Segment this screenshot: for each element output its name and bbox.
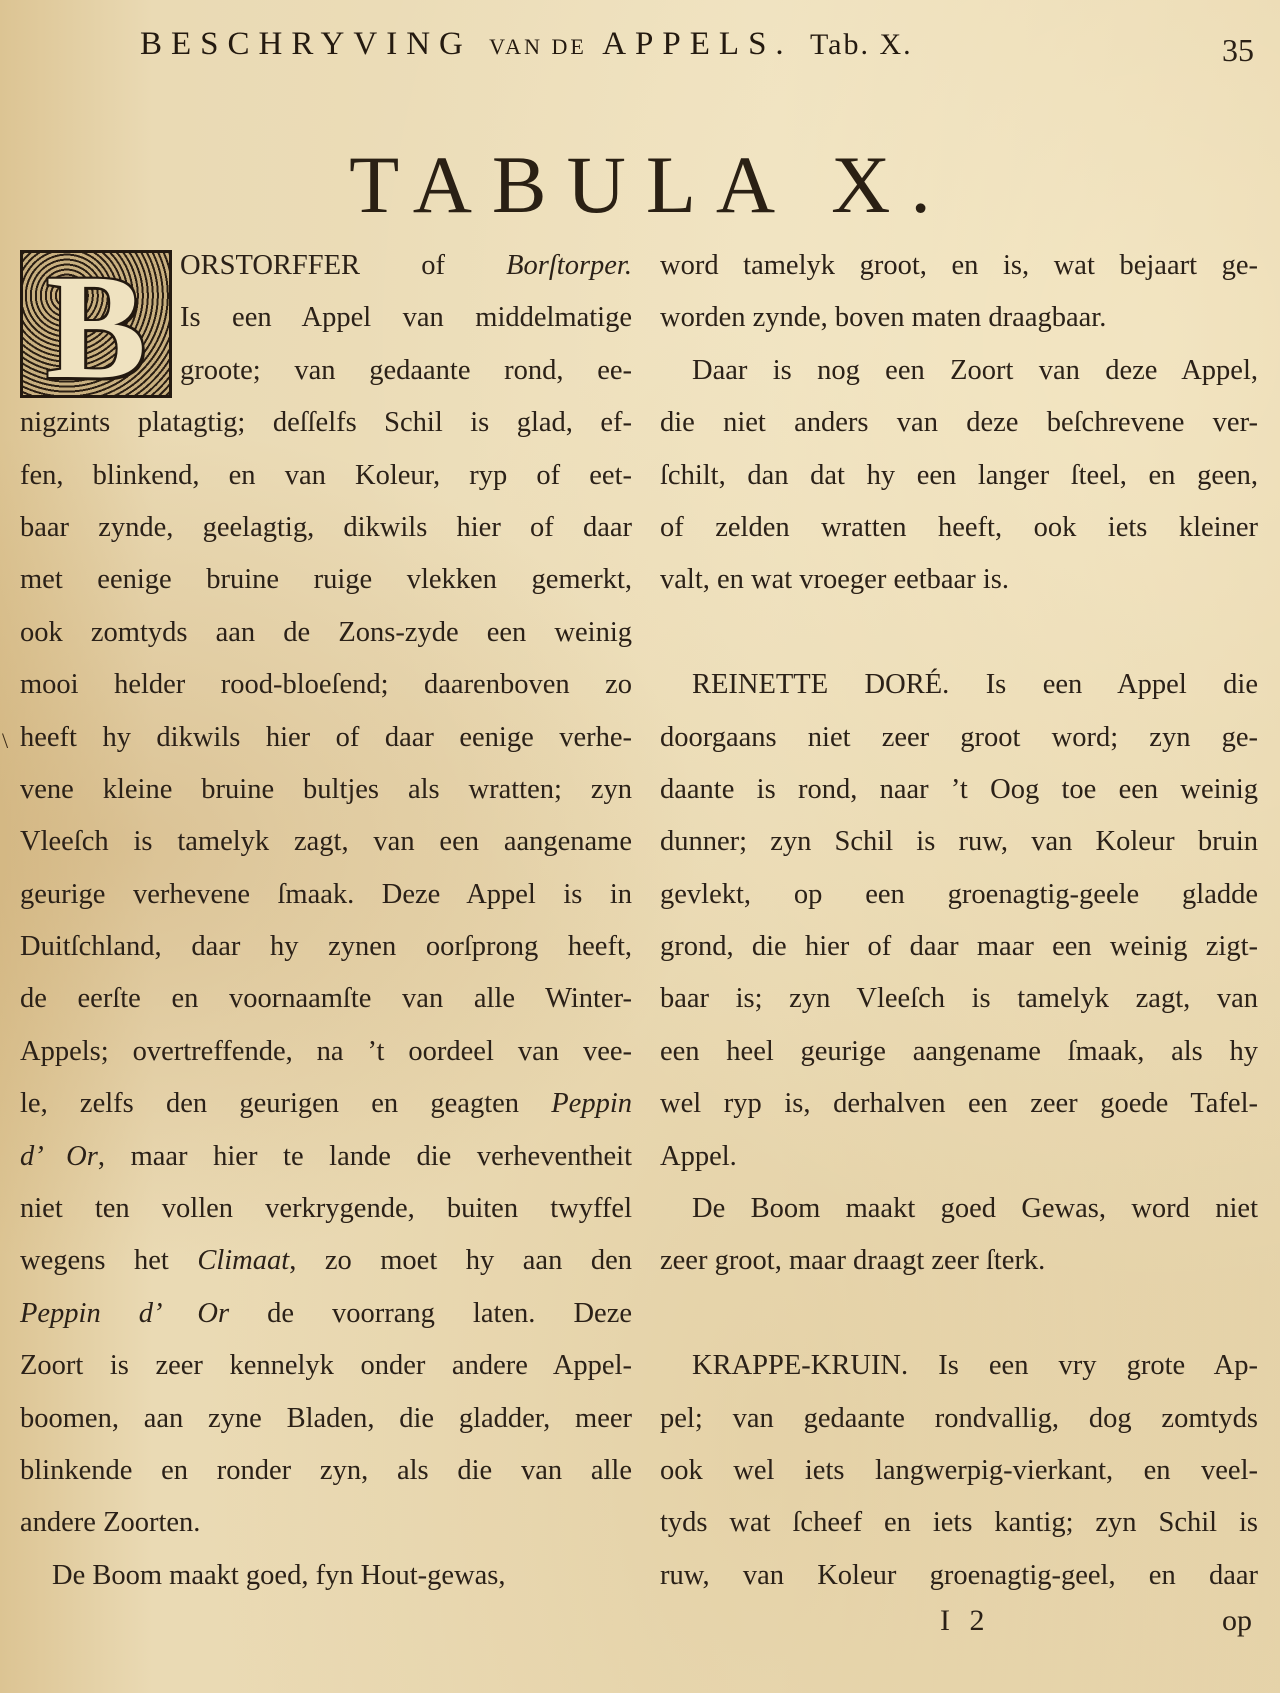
text-line: pel; van gedaante rondvallig, dog zomtyd…	[660, 1393, 1258, 1445]
text-line: Zoort is zeer kennelyk onder andere Appe…	[20, 1340, 632, 1392]
right-column: word tamelyk groot, en is, wat bejaart g…	[660, 240, 1258, 1602]
text-line: Is een Appel van middelmatige	[20, 292, 632, 344]
text-line: dunner; zyn Schil is ruw, van Koleur bru…	[660, 816, 1258, 868]
running-title-end: APPELS.	[602, 26, 792, 62]
text-line: baar is; zyn Vleeſch is tamelyk zagt, va…	[660, 973, 1258, 1025]
text-line: een heel geurige aangename ſmaak, als hy	[660, 1026, 1258, 1078]
text-line: ook wel iets langwerpig-vierkant, en vee…	[660, 1445, 1258, 1497]
text-line: word tamelyk groot, en is, wat bejaart g…	[660, 240, 1258, 292]
page-number: 35	[1222, 32, 1254, 69]
text-line: Appel.	[660, 1131, 1258, 1183]
text-line: baar zynde, geelagtig, dikwils hier of d…	[20, 502, 632, 554]
text-line: andere Zoorten.	[20, 1497, 632, 1549]
text-line: Daar is nog een Zoort van deze Appel,	[660, 345, 1258, 397]
text-line: ruw, van Koleur groenagtig-geel, en daar	[660, 1550, 1258, 1602]
text-line: of zelden wratten heeft, ook iets kleine…	[660, 502, 1258, 554]
text-line: De Boom maakt goed Gewas, word niet	[660, 1183, 1258, 1235]
text-line: doorgaans niet zeer groot word; zyn ge-	[660, 712, 1258, 764]
catchword: op	[1222, 1604, 1252, 1638]
text-line: niet ten vollen verkrygende, buiten twyf…	[20, 1183, 632, 1235]
text-line: wegens het Climaat, zo moet hy aan den	[20, 1235, 632, 1287]
text-line: vene kleine bruine bultjes als wratten; …	[20, 764, 632, 816]
running-title-tab: Tab. X.	[810, 28, 913, 61]
text-line: de eerſte en voornaamſte van alle Winter…	[20, 973, 632, 1025]
text-line: wel ryp is, derhalven een zeer goede Taf…	[660, 1078, 1258, 1130]
paragraph-gap	[660, 1288, 1258, 1340]
text-line: Duitſchland, daar hy zynen oorſprong hee…	[20, 921, 632, 973]
left-column: ORSTORFFER of Borſtorper.Is een Appel va…	[20, 240, 632, 1602]
text-line: ORSTORFFER of Borſtorper.	[20, 240, 632, 292]
text-line: heeft hy dikwils hier of daar eenige ver…	[20, 712, 632, 764]
text-line: Vleeſch is tamelyk zagt, van een aangena…	[20, 816, 632, 868]
paragraph-gap	[660, 607, 1258, 659]
text-line: boomen, aan zyne Bladen, die gladder, me…	[20, 1393, 632, 1445]
text-line: De Boom maakt goed, fyn Hout-gewas,	[20, 1550, 632, 1602]
margin-mark: \	[2, 728, 8, 754]
text-line: d’ Or, maar hier te lande die verheventh…	[20, 1131, 632, 1183]
text-line: le, zelfs den geurigen en geagten Peppin	[20, 1078, 632, 1130]
text-line: mooi helder rood-bloeſend; daarenboven z…	[20, 659, 632, 711]
printer-signature: I 2	[940, 1604, 991, 1638]
text-line: REINETTE DORÉ. Is een Appel die	[660, 659, 1258, 711]
text-line: groote; van gedaante rond, ee-	[20, 345, 632, 397]
text-line: zeer groot, maar draagt zeer ſterk.	[660, 1235, 1258, 1287]
text-line: geurige verhevene ſmaak. Deze Appel is i…	[20, 869, 632, 921]
text-line: valt, en wat vroeger eetbaar is.	[660, 554, 1258, 606]
text-line: ook zomtyds aan de Zons-zyde een weinig	[20, 607, 632, 659]
text-line: Peppin d’ Or de voorrang laten. Deze	[20, 1288, 632, 1340]
running-head: BESCHRYVING VAN DE APPELS. Tab. X. 35	[0, 26, 1280, 66]
text-line: worden zynde, boven maten draagbaar.	[660, 292, 1258, 344]
text-line: tyds wat ſcheef en iets kantig; zyn Schi…	[660, 1497, 1258, 1549]
text-line: grond, die hier of daar maar een weinig …	[660, 921, 1258, 973]
text-line: KRAPPE-KRUIN. Is een vry grote Ap-	[660, 1340, 1258, 1392]
text-line: Appels; overtreffende, na ’t oordeel van…	[20, 1026, 632, 1078]
text-line: gevlekt, op een groenagtig-geele gladde	[660, 869, 1258, 921]
text-line: die niet anders van deze beſchrevene ver…	[660, 397, 1258, 449]
text-line: blinkende en ronder zyn, als die van all…	[20, 1445, 632, 1497]
text-line: fen, blinkend, en van Koleur, ryp of eet…	[20, 450, 632, 502]
text-line: ſchilt, dan dat hy een langer ſteel, en …	[660, 450, 1258, 502]
running-title-main: BESCHRYVING	[140, 26, 472, 62]
running-title: BESCHRYVING VAN DE APPELS. Tab. X.	[140, 26, 913, 63]
text-line: met eenige bruine ruige vlekken gemerkt,	[20, 554, 632, 606]
page-title: TABULA X.	[0, 138, 1280, 232]
text-line: daante is rond, naar ’t Oog toe een wein…	[660, 764, 1258, 816]
running-title-mid: VAN DE	[489, 34, 587, 59]
text-line: nigzints platagtig; deſſelfs Schil is gl…	[20, 397, 632, 449]
